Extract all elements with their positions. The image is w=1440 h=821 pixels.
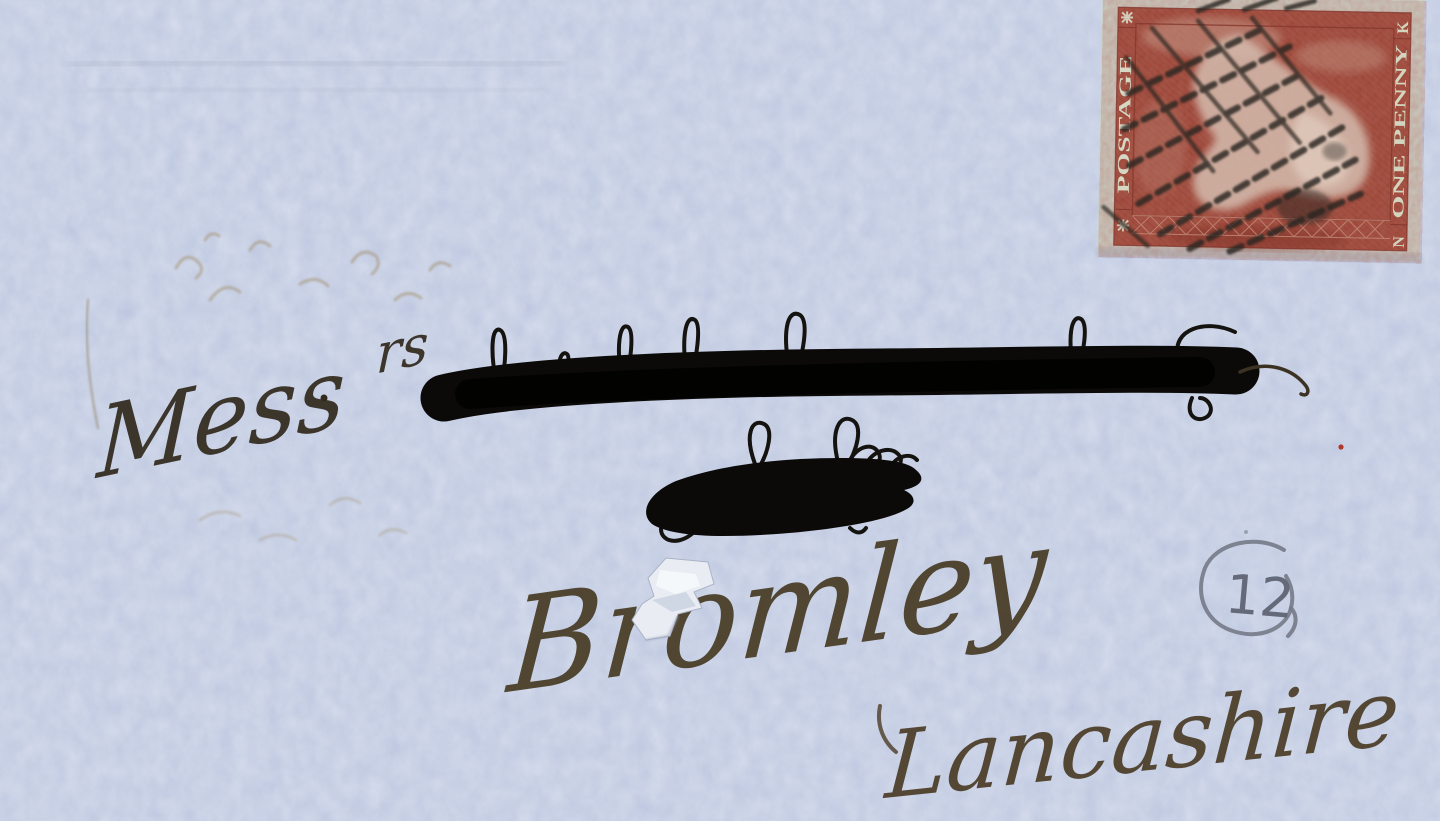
red-ink-speck	[1338, 444, 1343, 449]
stamp-corner-letter-n: N	[1391, 236, 1408, 248]
star-ornament-top-left	[1121, 11, 1133, 23]
cover-scan: POSTAGE ONE PENNY K N	[0, 0, 1440, 821]
stamp-one-penny-label: ONE PENNY	[1390, 44, 1410, 219]
pencil-number: 12	[1223, 562, 1297, 631]
pencil-dot	[1244, 530, 1248, 534]
salutation-superscript: rs	[375, 311, 430, 387]
stamp: POSTAGE ONE PENNY K N	[1097, 0, 1426, 263]
salutation-period	[321, 395, 328, 402]
stamp-corner-letter-k: K	[1395, 21, 1412, 34]
